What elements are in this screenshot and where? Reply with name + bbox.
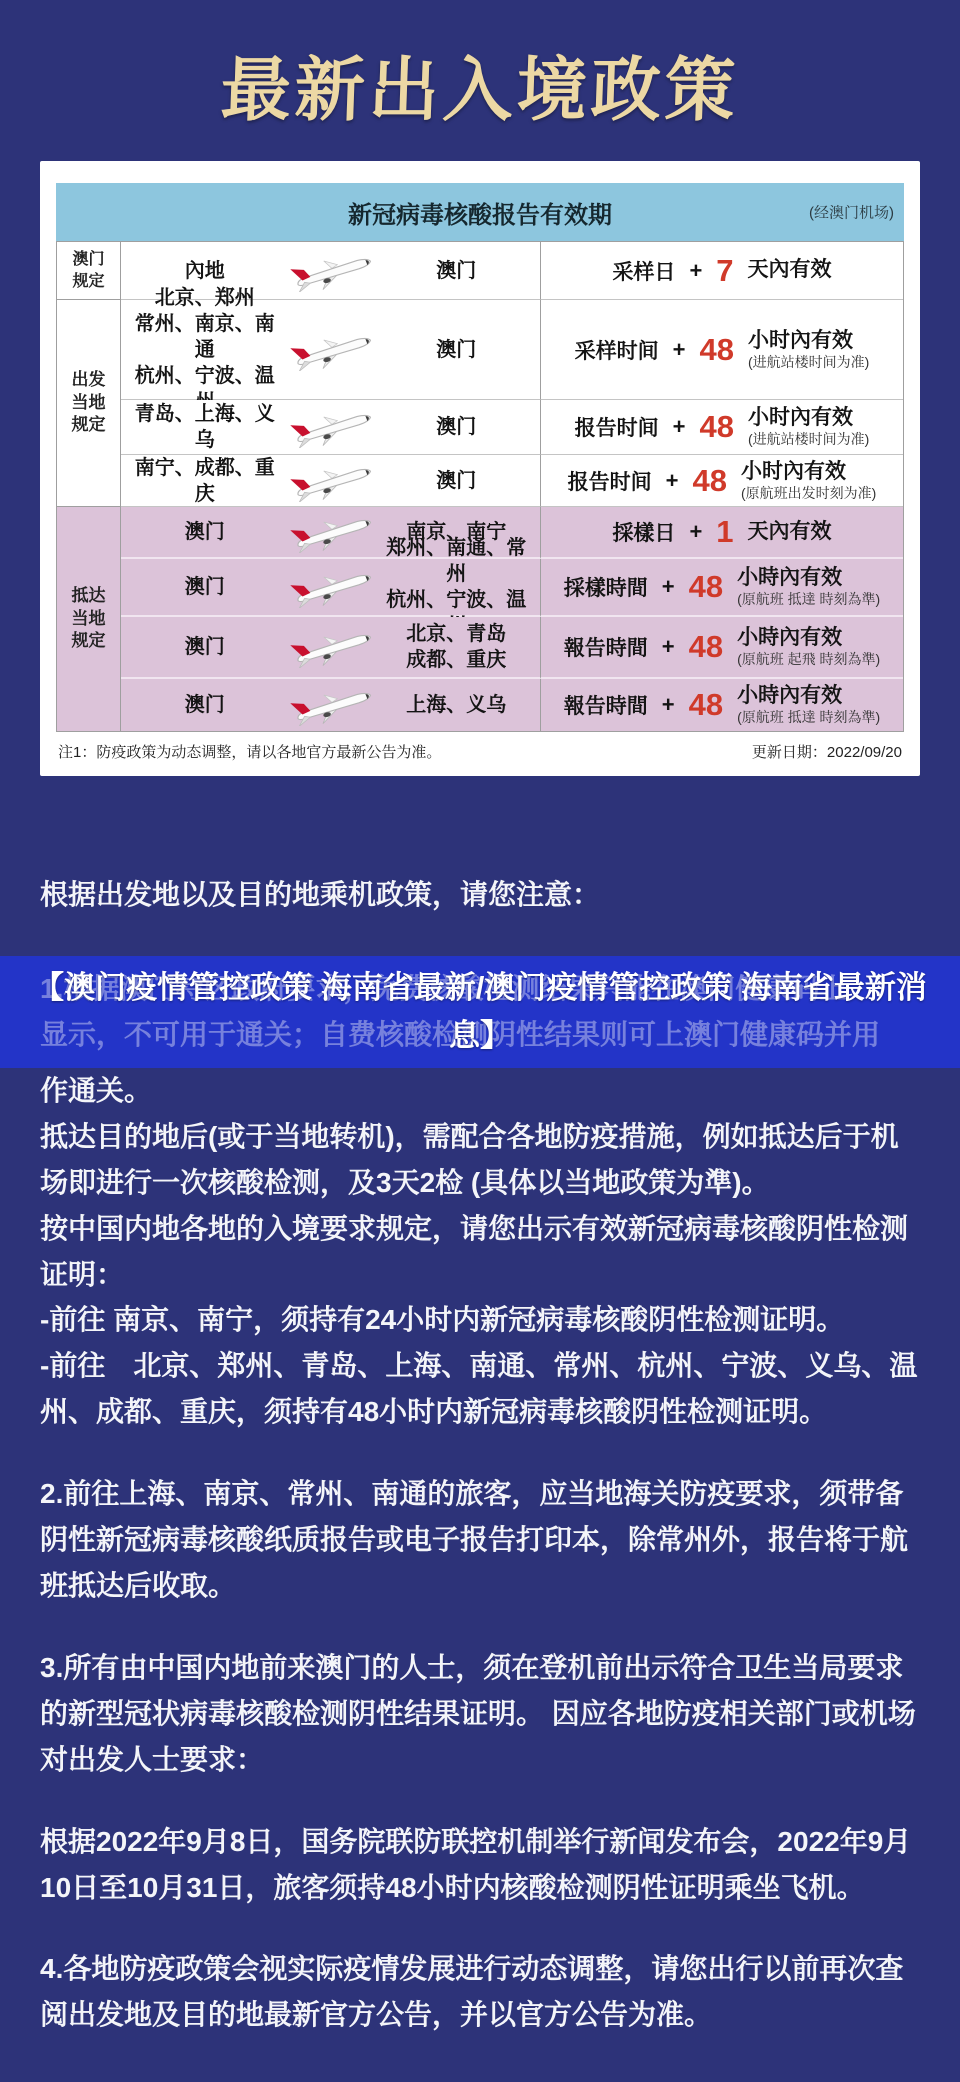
table-header: 新冠病毒核酸报告有效期 (经澳门机场) [56,183,904,241]
table-row: 青岛、上海、义乌 澳门 [121,400,541,455]
validity-value: 48 [700,409,734,445]
intro-text: 根据出发地以及目的地乘机政策，请您注意： [40,872,920,918]
route-destination: 北京、青岛 成都、重庆 [383,621,531,673]
validity-label: 採樣日 [612,517,675,547]
paragraph: 按中国内地各地的入境要求规定，请您出示有效新冠病毒核酸阴性检测证明： [40,1206,920,1298]
paragraph: 作通关。 [40,1068,920,1114]
validity-suffix: 小時內有效 [737,683,842,709]
plus-sign: + [673,414,686,440]
validity-value: 1 [716,514,733,550]
validity-label: 報告時間 [564,632,648,662]
plane-icon [279,460,383,502]
paragraph: 3.所有由中国内地前来澳门的人士，须在登机前出示符合卫生当局要求的新型冠状病毒核… [40,1645,920,1783]
table-footer: 注1：防疫政策为动态调整，请以各地官方最新公告为准。 更新日期：2022/09/… [56,732,904,762]
route-origin: 澳门 [131,634,279,660]
table-row: 南宁、成都、重庆 澳门 [121,455,541,507]
validity-label: 采样时间 [575,335,659,365]
route-origin: 北京、郑州 常州、南京、南通 杭州、宁波、温州 [131,285,279,415]
validity-value: 48 [689,629,723,665]
paragraph: 抵达目的地后(或于当地转机)，需配合各地防疫措施，例如抵达后于机场即进行一次核酸… [40,1114,920,1206]
validity-label: 採樣時間 [564,572,648,602]
policy-card: 新冠病毒核酸报告有效期 (经澳门机场) 澳门 规定 出发 当地 规定 抵达 当地… [40,161,920,776]
paragraph: 4.各地防疫政策会视实际疫情发展进行动态调整，请您出行以前再次查阅出发地及目的地… [40,1946,920,2038]
route-destination: 澳门 [383,337,531,363]
validity-suffix: 小时內有效 [748,405,853,431]
validity-suffix: 小時內有效 [737,625,842,651]
route-origin: 澳门 [131,692,279,718]
validity-label: 采样日 [612,256,675,286]
validity-suffix: 小時內有效 [737,565,842,591]
validity-note: (原航班 起飛 時刻為準) [737,651,880,669]
validity-note: (原航班 抵達 時刻為準) [737,709,880,727]
paragraph: -前往 北京、郑州、青岛、上海、南通、常州、杭州、宁波、义乌、温州、成都、重庆，… [40,1343,920,1435]
sidebar-group-departure: 出发 当地 规定 [57,300,121,507]
plus-sign: + [662,634,675,660]
update-date: 更新日期：2022/09/20 [752,741,902,762]
route-destination: 澳门 [383,468,531,494]
plane-icon [279,329,383,371]
route-origin: 澳门 [131,519,279,545]
paragraph: 2.前往上海、南京、常州、南通的旅客，应当地海关防疫要求，须带备阴性新冠病毒核酸… [40,1471,920,1609]
policy-table: 澳门 规定 出发 当地 规定 抵达 当地 规定 內地 澳门 采样日 + 7 天內… [56,241,904,732]
table-row: 澳门 郑州、南通、常州 杭州、宁波、温州 [121,559,541,617]
plus-sign: + [662,574,675,600]
table-row: 澳门 上海、义乌 [121,679,541,731]
validity-value: 7 [716,253,733,289]
plane-icon [279,626,383,668]
airport-note: (经澳门机场) [809,202,894,223]
notice-page: 最新出入境政策 新冠病毒核酸报告有效期 (经澳门机场) 澳门 规定 出发 当地 … [0,0,960,2082]
plane-icon [279,406,383,448]
plus-sign: + [689,519,702,545]
validity-cell: 报告时间 + 48 小时內有效(原航班出发时刻为准) [541,455,903,507]
validity-cell: 採樣時間 + 48 小時內有效(原航班 抵達 時刻為準) [541,559,903,617]
table-title: 新冠病毒核酸报告有效期 [348,195,612,230]
plus-sign: + [662,692,675,718]
validity-value: 48 [693,463,727,499]
route-destination: 澳门 [383,258,531,284]
validity-suffix: 天內有效 [748,257,832,283]
validity-value: 48 [689,687,723,723]
validity-cell: 报告时间 + 48 小时內有效(进航站楼时间为准) [541,400,903,455]
validity-note: (进航站楼时间为准) [748,354,869,372]
plus-sign: + [689,258,702,284]
sidebar-group-arrival: 抵达 当地 规定 [57,507,121,731]
paragraph: -前往 南京、南宁，须持有24小时内新冠病毒核酸阴性检测证明。 [40,1297,920,1343]
overlay-title: 【澳门疫情管控政策 海南省最新/澳门疫情管控政策 海南省最新消息】 [0,956,960,1068]
banner-title: 最新出入境政策 [0,34,960,135]
validity-note: (进航站楼时间为准) [748,431,869,449]
validity-note: (原航班出发时刻为准) [741,485,876,503]
validity-cell: 報告時間 + 48 小時內有效(原航班 抵達 時刻為準) [541,679,903,731]
validity-label: 报告时间 [568,466,652,496]
route-origin: 青岛、上海、义乌 [131,401,279,453]
plus-sign: + [673,337,686,363]
route-destination: 澳门 [383,414,531,440]
table-footnote: 注1：防疫政策为动态调整，请以各地官方最新公告为准。 [58,741,441,762]
validity-value: 48 [689,569,723,605]
banner: 最新出入境政策 [0,0,960,161]
validity-suffix: 小时內有效 [748,328,853,354]
validity-suffix: 天內有效 [748,519,832,545]
route-origin: 內地 [131,258,279,284]
validity-note: (原航班 抵達 時刻為準) [737,591,880,609]
plane-icon [279,511,383,553]
validity-suffix: 小时內有效 [741,459,846,485]
validity-label: 报告时间 [575,412,659,442]
plus-sign: + [666,468,679,494]
paragraph: 根据2022年9月8日，国务院联防联控机制举行新闻发布会，2022年9月10日至… [40,1819,920,1911]
validity-label: 報告時間 [564,690,648,720]
validity-cell: 採樣日 + 1 天內有效 [541,507,903,559]
table-row: 澳门 北京、青岛 成都、重庆 [121,617,541,679]
route-destination: 上海、义乌 [383,692,531,718]
validity-value: 48 [700,332,734,368]
overlay-banner: 1.根据澳门特区政府要求，免费核酸检测结果只能在澳门健康码上 显示，不可用于通关… [0,956,960,1068]
plane-icon [279,566,383,608]
validity-cell: 采样时间 + 48 小时內有效(进航站楼时间为准) [541,300,903,400]
validity-cell: 報告時間 + 48 小時內有效(原航班 起飛 時刻為準) [541,617,903,679]
notice-body: 根据出发地以及目的地乘机政策，请您注意： [0,872,960,918]
validity-cell: 采样日 + 7 天內有效 [541,242,903,300]
plane-icon [279,250,383,292]
table-row: 北京、郑州 常州、南京、南通 杭州、宁波、温州 澳门 [121,300,541,400]
plane-icon [279,684,383,726]
sidebar-group-macau: 澳门 规定 [57,242,121,300]
route-origin: 南宁、成都、重庆 [131,455,279,507]
route-origin: 澳门 [131,574,279,600]
notice-body-continued: 作通关。 抵达目的地后(或于当地转机)，需配合各地防疫措施，例如抵达后于机场即进… [0,1068,960,2082]
